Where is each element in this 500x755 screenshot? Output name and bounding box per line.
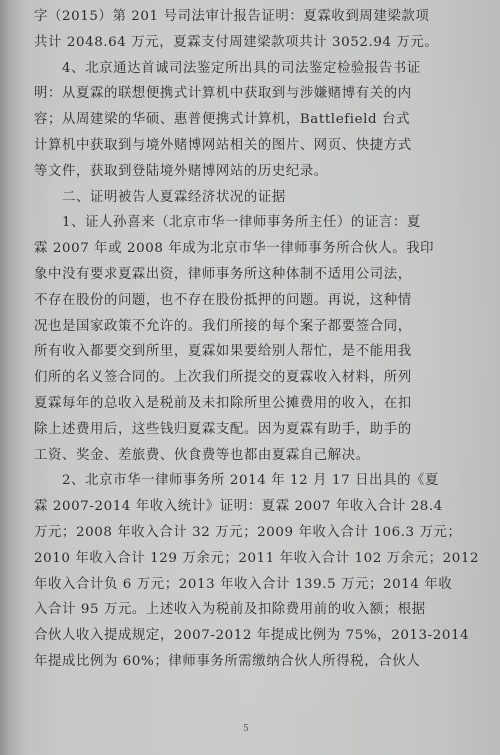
text-line: 霖 2007 年或 2008 年成为北京市华一律师事务所合伙人。我印 [34,240,429,258]
text-line: 霖 2007-2014 年收入统计》证明：夏霖 2007 年收入合计 28.4 [34,498,429,516]
document-page: 字（2015）第 201 号司法审计报告证明：夏霖收到周建梁款项 共计 2048… [0,0,500,755]
text-line: 们所的名义签合同的。上次我们所提交的夏霖收入材料，所列 [34,369,429,387]
text-line: 容；从周建梁的华硕、惠普便携式计算机，Battlefield 台式 [34,111,429,129]
text-line: 所有收入都要交到所里，夏霖如果要给别人帮忙，是不能用我 [34,343,429,361]
text-line: 合伙人收入提成规定，2007-2012 年提成比例为 75%，2013-2014 [34,627,429,645]
text-line: 字（2015）第 201 号司法审计报告证明：夏霖收到周建梁款项 [34,8,429,26]
text-line: 计算机中获取到与境外赌博网站相关的图片、网页、快捷方式 [34,137,429,155]
paragraph-heading-4: 4、北京通达首诚司法鉴定所出具的司法鉴定检验报告书证 [62,60,429,78]
text-line: 年提成比例为 60%；律师事务所需缴纳合伙人所得税，合伙人 [34,653,429,671]
text-line: 年收入合计负 6 万元；2013 年收入合计 139.5 万元；2014 年收 [34,576,429,594]
text-line: 2010 年收入合计 129 万余元；2011 年收入合计 102 万余元；20… [34,550,429,568]
text-line: 象中没有要求夏霖出资，律师事务所这种体制不适用公司法， [34,266,429,284]
paragraph-heading-1: 1、证人孙喜来（北京市华一律师事务所主任）的证言：夏 [62,214,429,232]
paragraph-heading-2: 2、北京市华一律师事务所 2014 年 12 月 17 日出具的《夏 [62,472,429,490]
text-line: 况也是国家政策不允许的。我们所接的每个案子都要签合同， [34,318,429,336]
text-line: 万元；2008 年收入合计 32 万元；2009 年收入合计 106.3 万元； [34,524,429,542]
text-line: 除上述费用后，这些钱归夏霖支配。因为夏霖有助手，助手的 [34,421,429,439]
text-line: 不存在股份的问题，也不存在股份抵押的问题。再说，这种情 [34,292,429,310]
text-line: 共计 2048.64 万元，夏霖支付周建梁款项共计 3052.94 万元。 [34,34,429,52]
text-line: 等文件，获取到登陆境外赌博网站的历史纪录。 [34,163,429,181]
text-line: 明：从夏霖的联想便携式计算机中获取到与涉嫌赌博有关的内 [34,85,429,103]
page-number: 5 [243,724,249,734]
text-line: 夏霖每年的总收入是税前及未扣除所里公摊费用的收入，在扣 [34,395,429,413]
section-heading-2: 二、证明被告人夏霖经济状况的证据 [62,189,429,207]
text-line: 工资、奖金、差旅费、伙食费等也都由夏霖自己解决。 [34,447,429,465]
text-line: 入合计 95 万元。上述收入为税前及扣除费用前的收入额；根据 [34,601,429,619]
